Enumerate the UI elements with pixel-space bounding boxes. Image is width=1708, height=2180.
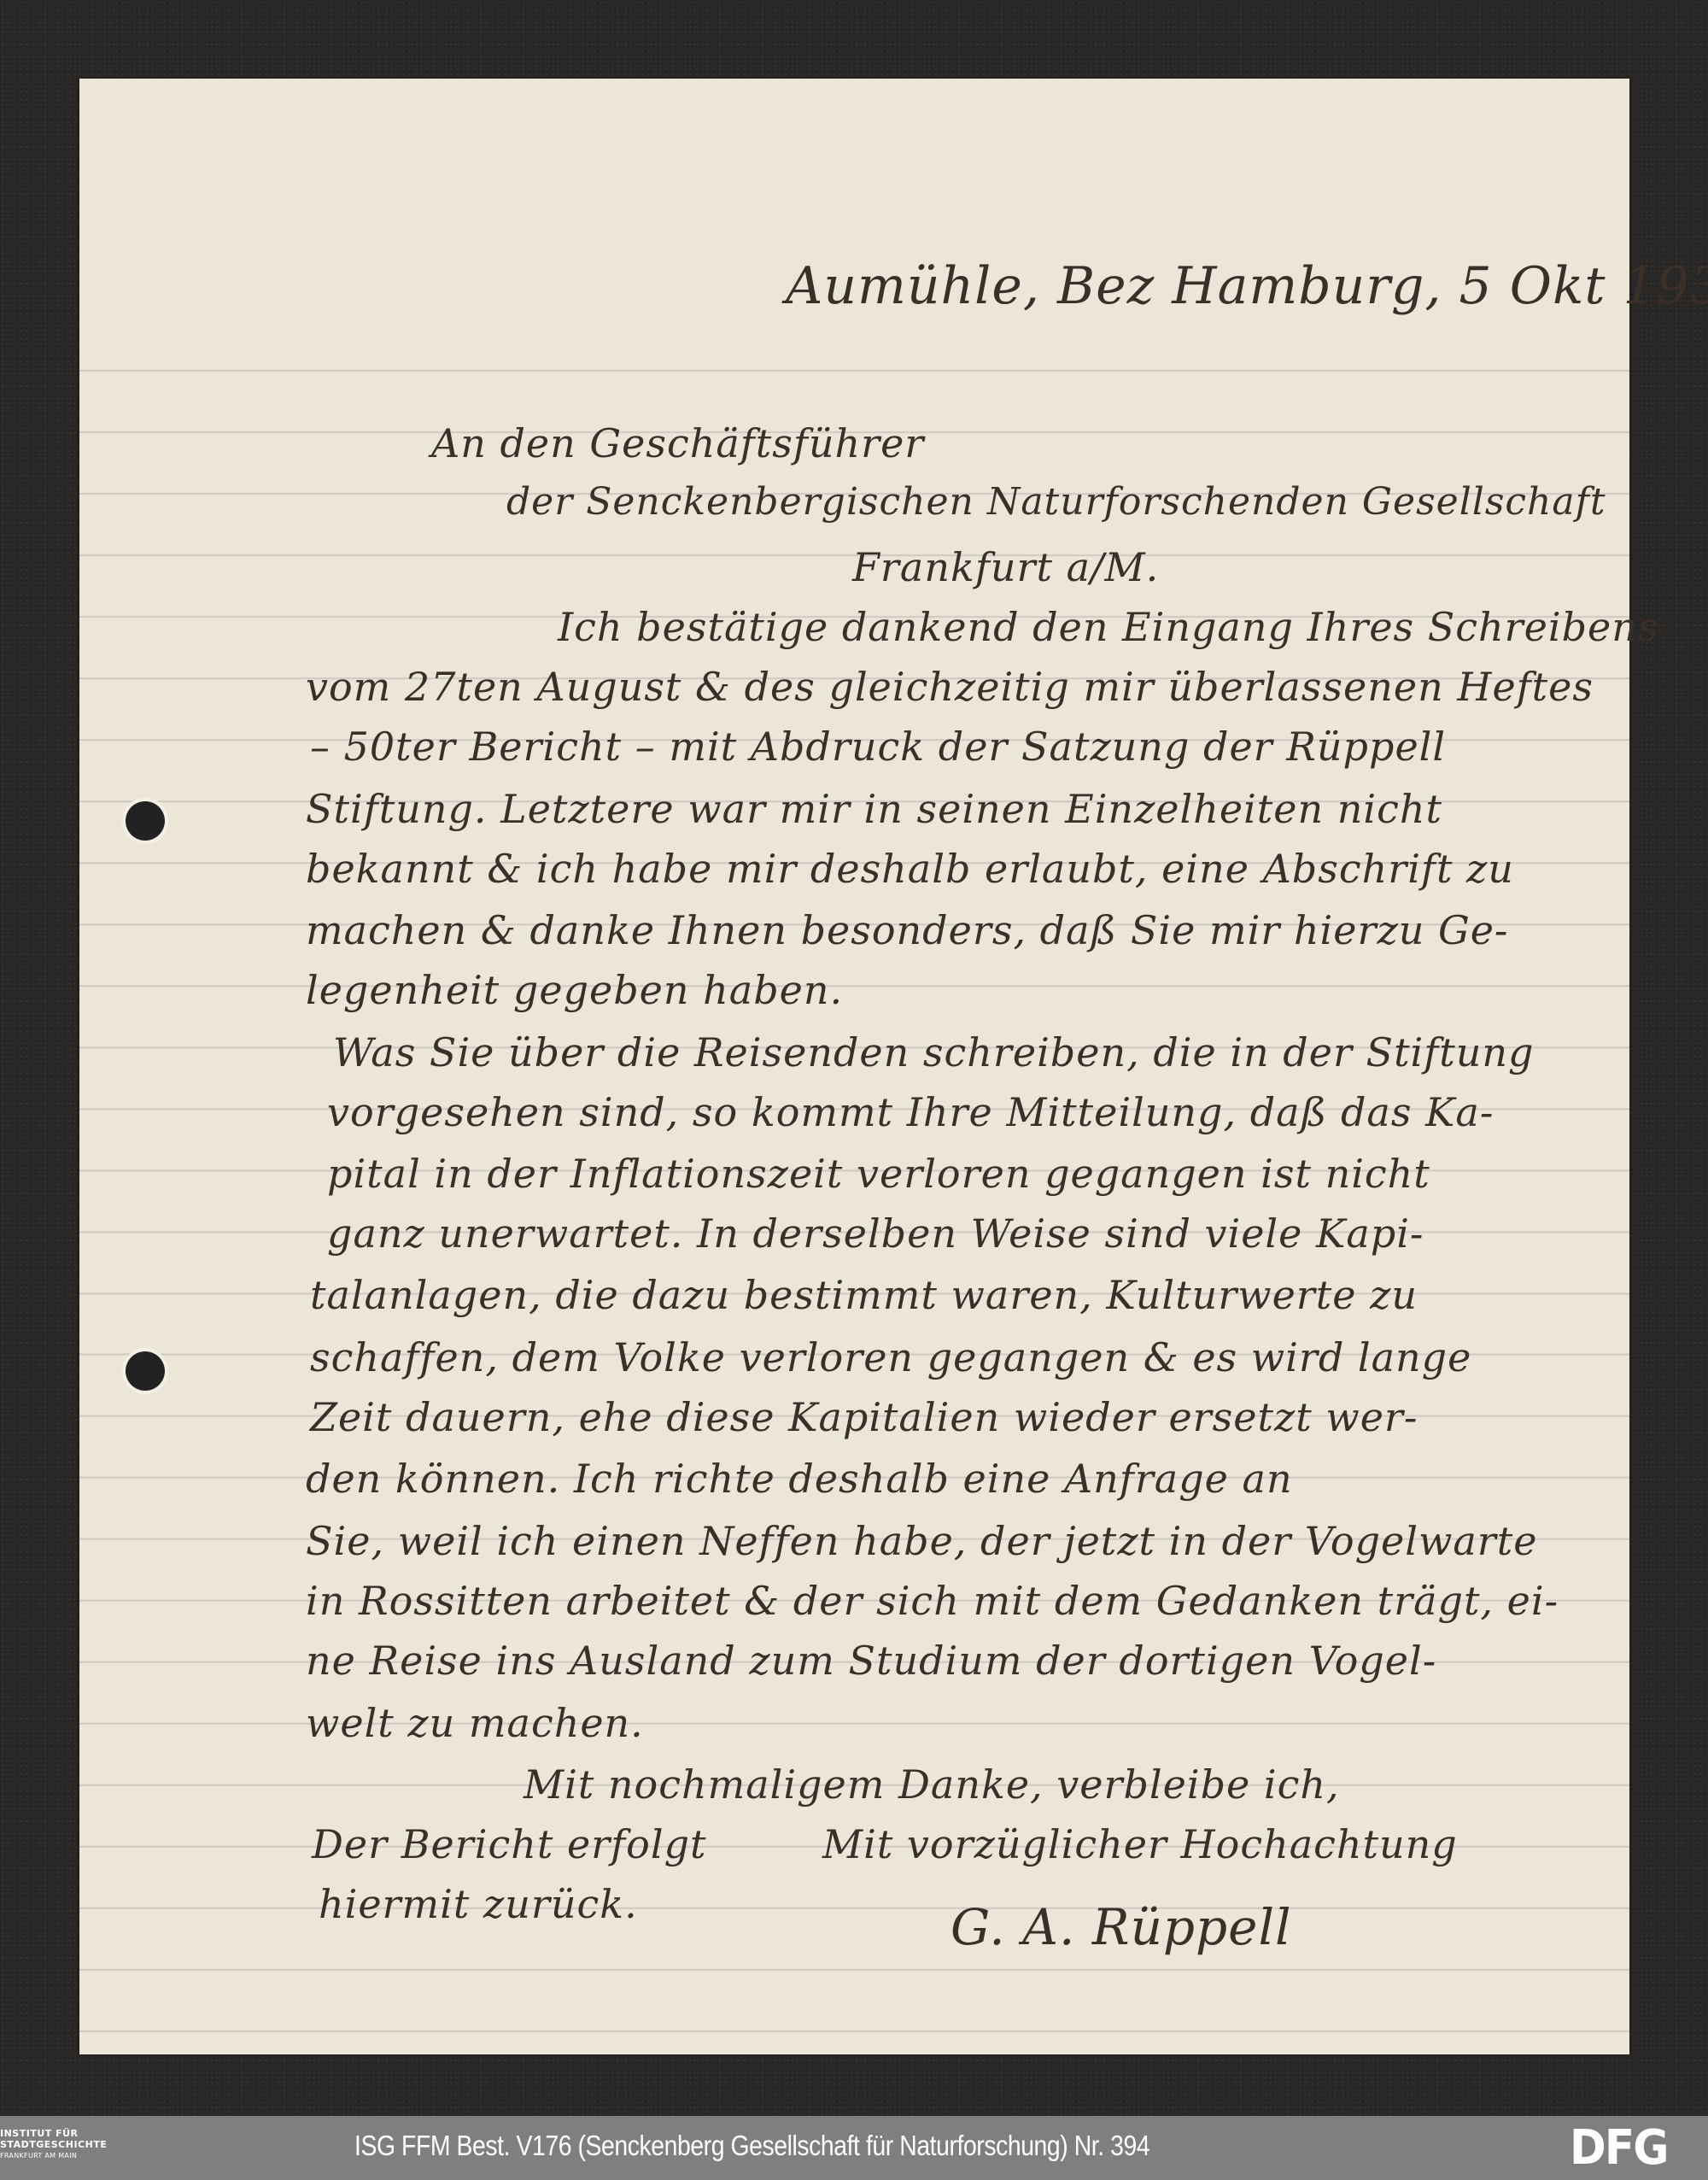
letter-page: Aumühle, Bez Hamburg, 5 Okt 1930 An den … <box>79 79 1629 2054</box>
postscript-line-1: Der Bericht erfolgt <box>312 1821 707 1867</box>
signature: G. A. Rüppell <box>951 1898 1292 1956</box>
body-line-3: – 50ter Bericht – mit Abdruck der Satzun… <box>310 724 1446 770</box>
postscript-line-2: hiermit zurück. <box>319 1881 638 1927</box>
body-line-19: welt zu machen. <box>306 1700 644 1746</box>
body-line-1: Ich bestätige dankend den Eingang Ihres … <box>558 604 1659 650</box>
body-line-14: Zeit dauern, ehe diese Kapitalien wieder… <box>310 1394 1418 1440</box>
body-line-6: machen & danke Ihnen besonders, daß Sie … <box>306 907 1508 953</box>
closing-line-2: Mit vorzüglicher Hochachtung <box>822 1821 1458 1867</box>
body-line-2: vom 27ten August & des gleichzeitig mir … <box>306 664 1594 710</box>
archive-footer-bar: INSTITUT FÜR STADTGESCHICHTE FRANKFURT A… <box>0 2116 1708 2180</box>
addressee-line-1: An den Geschäftsführer <box>431 420 924 466</box>
dfg-logo: DFG <box>1570 2126 1668 2171</box>
body-line-7: legenheit gegeben haben. <box>306 967 843 1013</box>
institution-logo: INSTITUT FÜR STADTGESCHICHTE FRANKFURT A… <box>0 2128 128 2161</box>
institution-name-line-2: STADTGESCHICHTE <box>0 2139 128 2150</box>
punch-hole-lower <box>126 1351 165 1391</box>
body-line-8: Was Sie über die Reisenden schreiben, di… <box>333 1029 1534 1075</box>
body-line-4: Stiftung. Letztere war mir in seinen Ein… <box>306 786 1442 832</box>
body-line-10: pital in der Inflationszeit verloren geg… <box>327 1151 1430 1197</box>
institution-city: FRANKFURT AM MAIN <box>0 2150 128 2161</box>
addressee-line-2: der Senckenbergischen Naturforschenden G… <box>506 480 1606 524</box>
body-line-17: in Rossitten arbeitet & der sich mit dem… <box>306 1578 1559 1624</box>
institution-name-line-1: INSTITUT FÜR <box>0 2128 128 2139</box>
body-line-9: vorgesehen sind, so kommt Ihre Mitteilun… <box>327 1089 1494 1135</box>
archive-reference: ISG FFM Best. V176 (Senckenberg Gesellsc… <box>354 2130 1149 2162</box>
body-line-11: ganz unerwartet. In derselben Weise sind… <box>327 1210 1424 1257</box>
place-date: Aumühle, Bez Hamburg, 5 Okt 1930 <box>786 256 1708 316</box>
addressee-line-3: Frankfurt a/M. <box>852 544 1159 590</box>
body-line-13: schaffen, dem Volke verloren gegangen & … <box>310 1334 1471 1380</box>
body-line-18: ne Reise ins Ausland zum Studium der dor… <box>306 1638 1436 1684</box>
body-line-15: den können. Ich richte deshalb eine Anfr… <box>306 1456 1293 1502</box>
body-line-16: Sie, weil ich einen Neffen habe, der jet… <box>306 1518 1537 1564</box>
body-line-5: bekannt & ich habe mir deshalb erlaubt, … <box>306 846 1514 892</box>
punch-hole-upper <box>126 801 165 841</box>
body-line-12: talanlagen, die dazu bestimmt waren, Kul… <box>310 1272 1418 1318</box>
closing-line-1: Mit nochmaligem Danke, verbleibe ich, <box>524 1761 1340 1808</box>
